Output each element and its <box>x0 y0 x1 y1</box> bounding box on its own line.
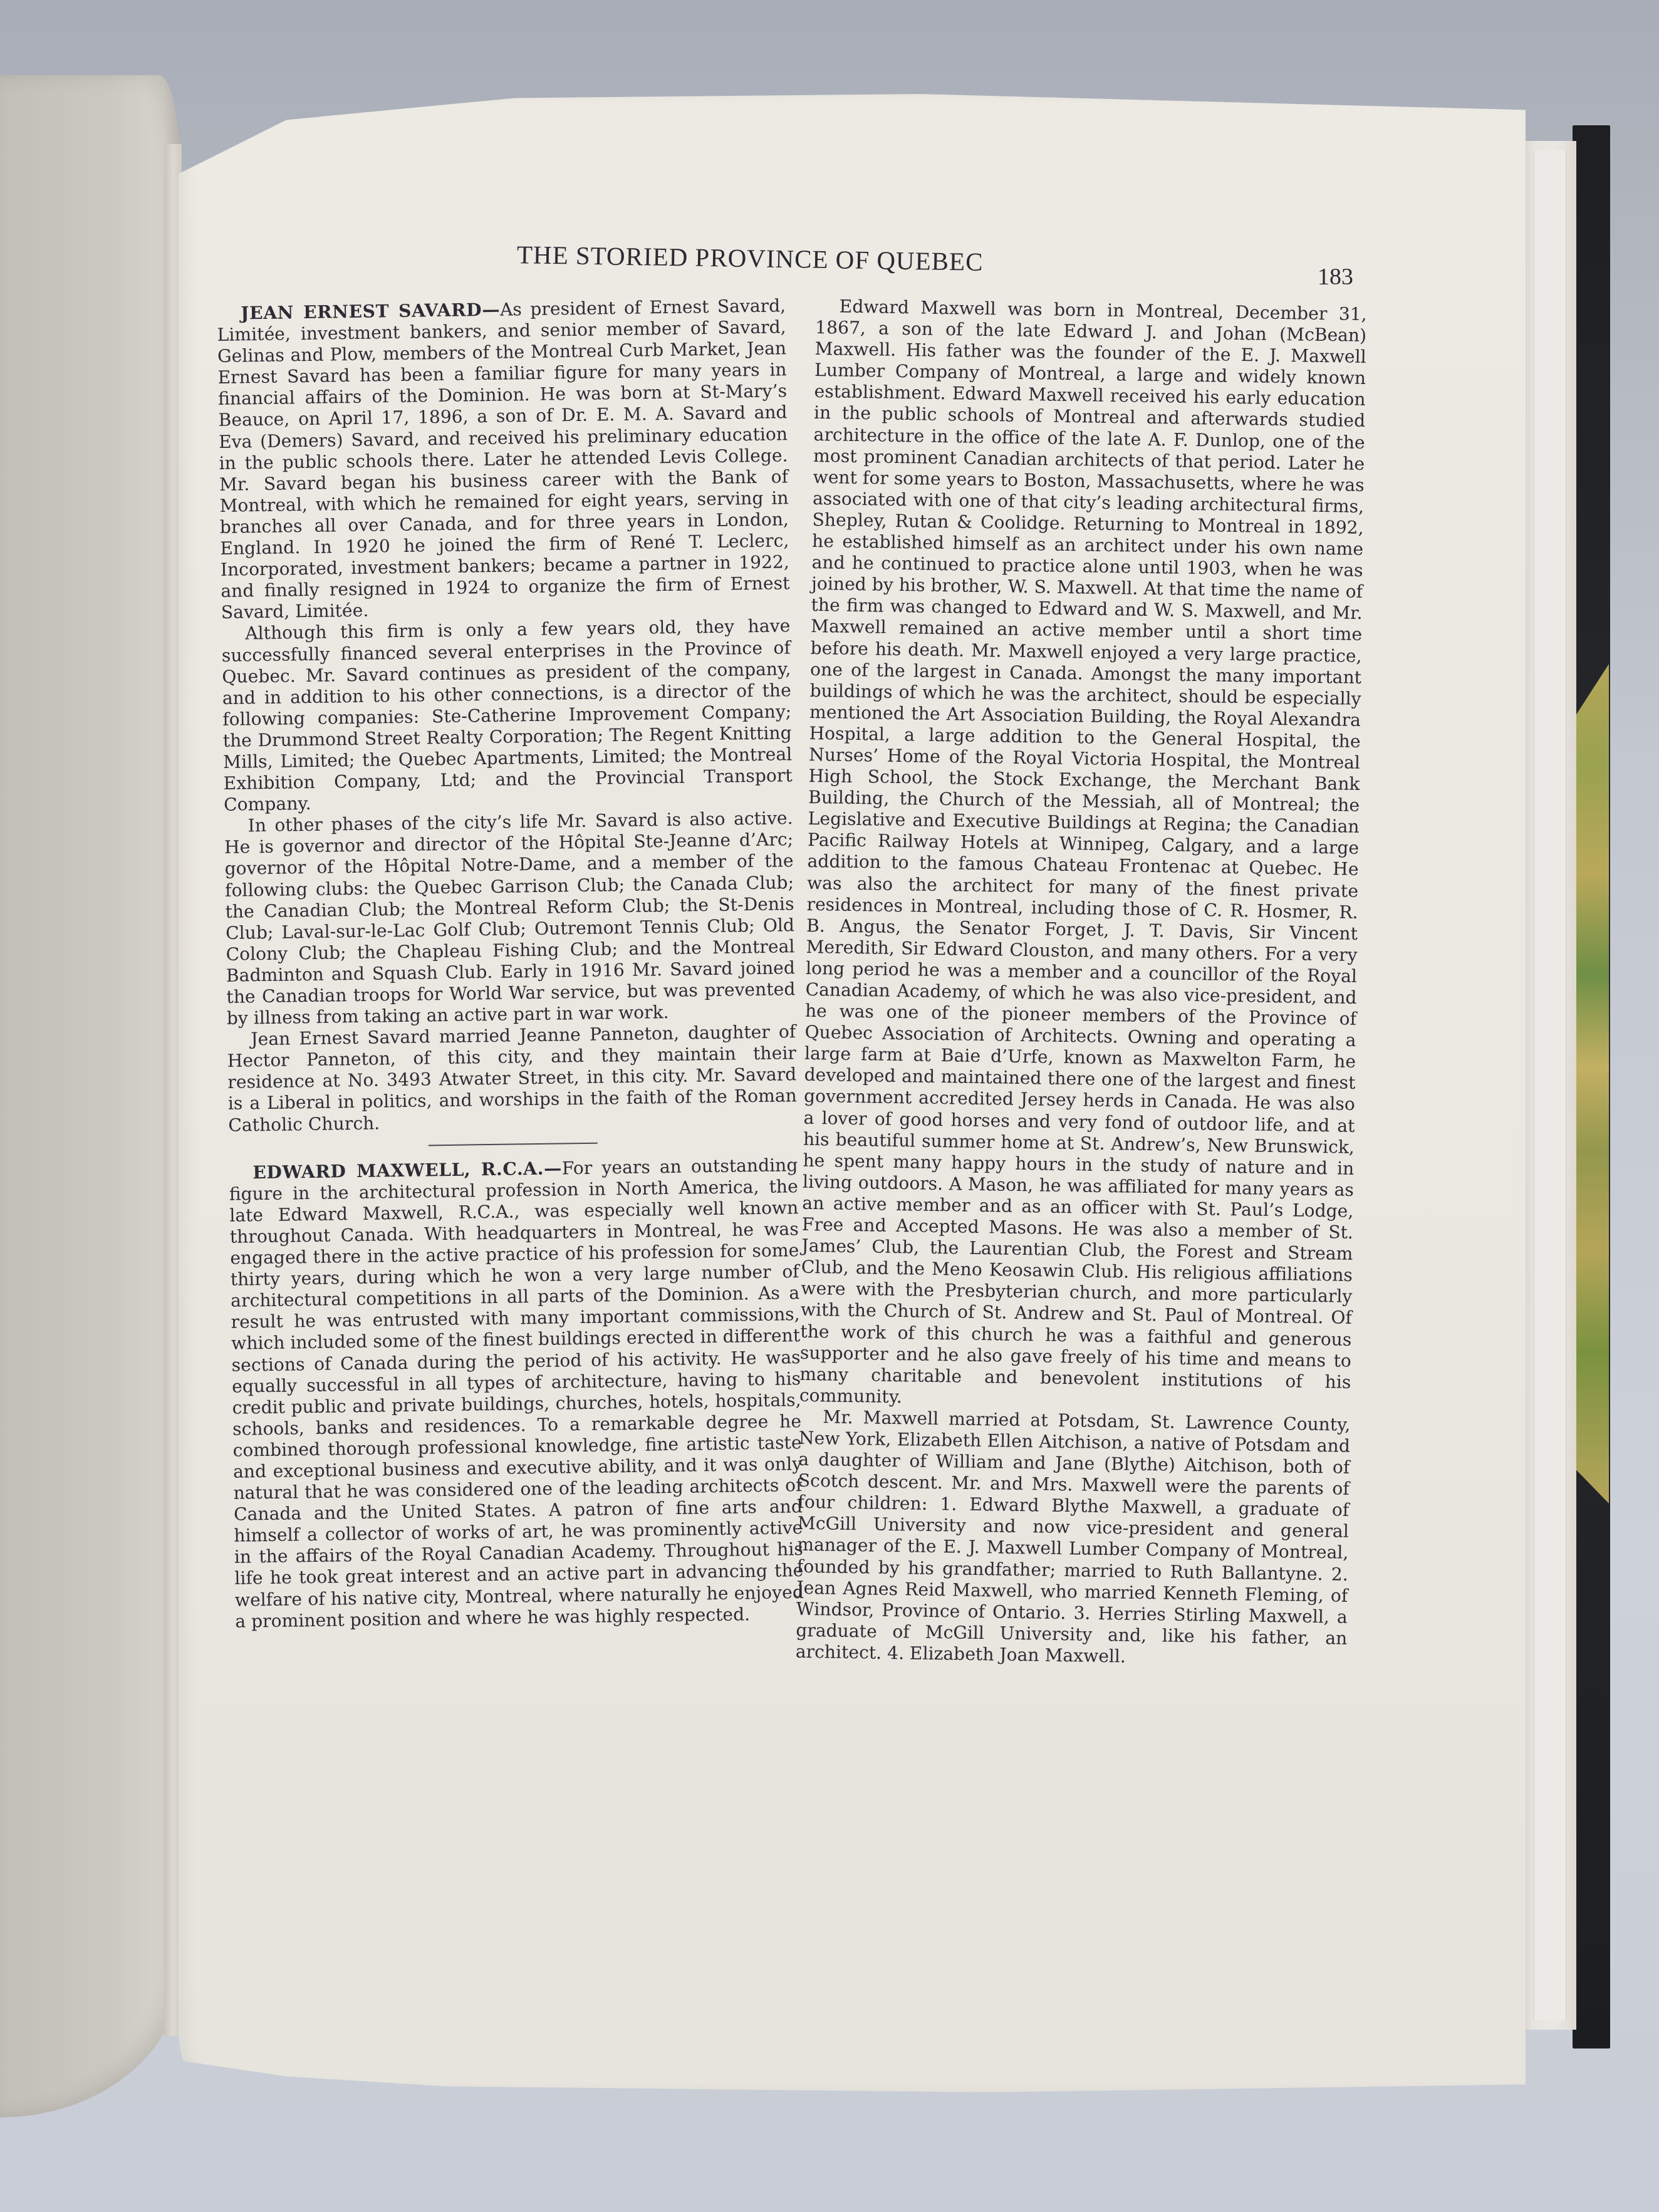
maxwell-paragraph-3: Mr. Maxwell married at Potsdam, St. Lawr… <box>796 1406 1351 1671</box>
entry-heading-maxwell: EDWARD MAXWELL, R.C.A.— <box>252 1158 562 1183</box>
right-column: Edward Maxwell was born in Montreal, Dec… <box>796 296 1367 1671</box>
facing-left-page <box>0 75 182 2117</box>
entry-divider-rule <box>429 1142 598 1146</box>
page-number: 183 <box>1318 263 1353 291</box>
paragraph-text: As president of Ernest Savard, Limitée, … <box>217 295 789 623</box>
entry-heading-savard: JEAN ERNEST SAVARD— <box>241 299 500 324</box>
marbled-endpaper-edge <box>1576 664 1609 1503</box>
paragraph-text: For years an outstanding figure in the a… <box>229 1155 804 1632</box>
left-column: JEAN ERNEST SAVARD—As president of Ernes… <box>217 295 804 1632</box>
savard-paragraph-2: Although this firm is only a few years o… <box>221 616 793 816</box>
maxwell-paragraph-1: EDWARD MAXWELL, R.C.A.—For years an outs… <box>229 1155 804 1633</box>
savard-paragraph-3: In other phases of the city’s life Mr. S… <box>224 807 796 1029</box>
maxwell-paragraph-2: Edward Maxwell was born in Montreal, Dec… <box>799 296 1367 1415</box>
savard-paragraph-4: Jean Ernest Savard married Jeanne Pannet… <box>227 1021 797 1136</box>
page-stack-inner-edge <box>1534 150 1566 2020</box>
savard-paragraph-1: JEAN ERNEST SAVARD—As president of Ernes… <box>217 295 790 623</box>
